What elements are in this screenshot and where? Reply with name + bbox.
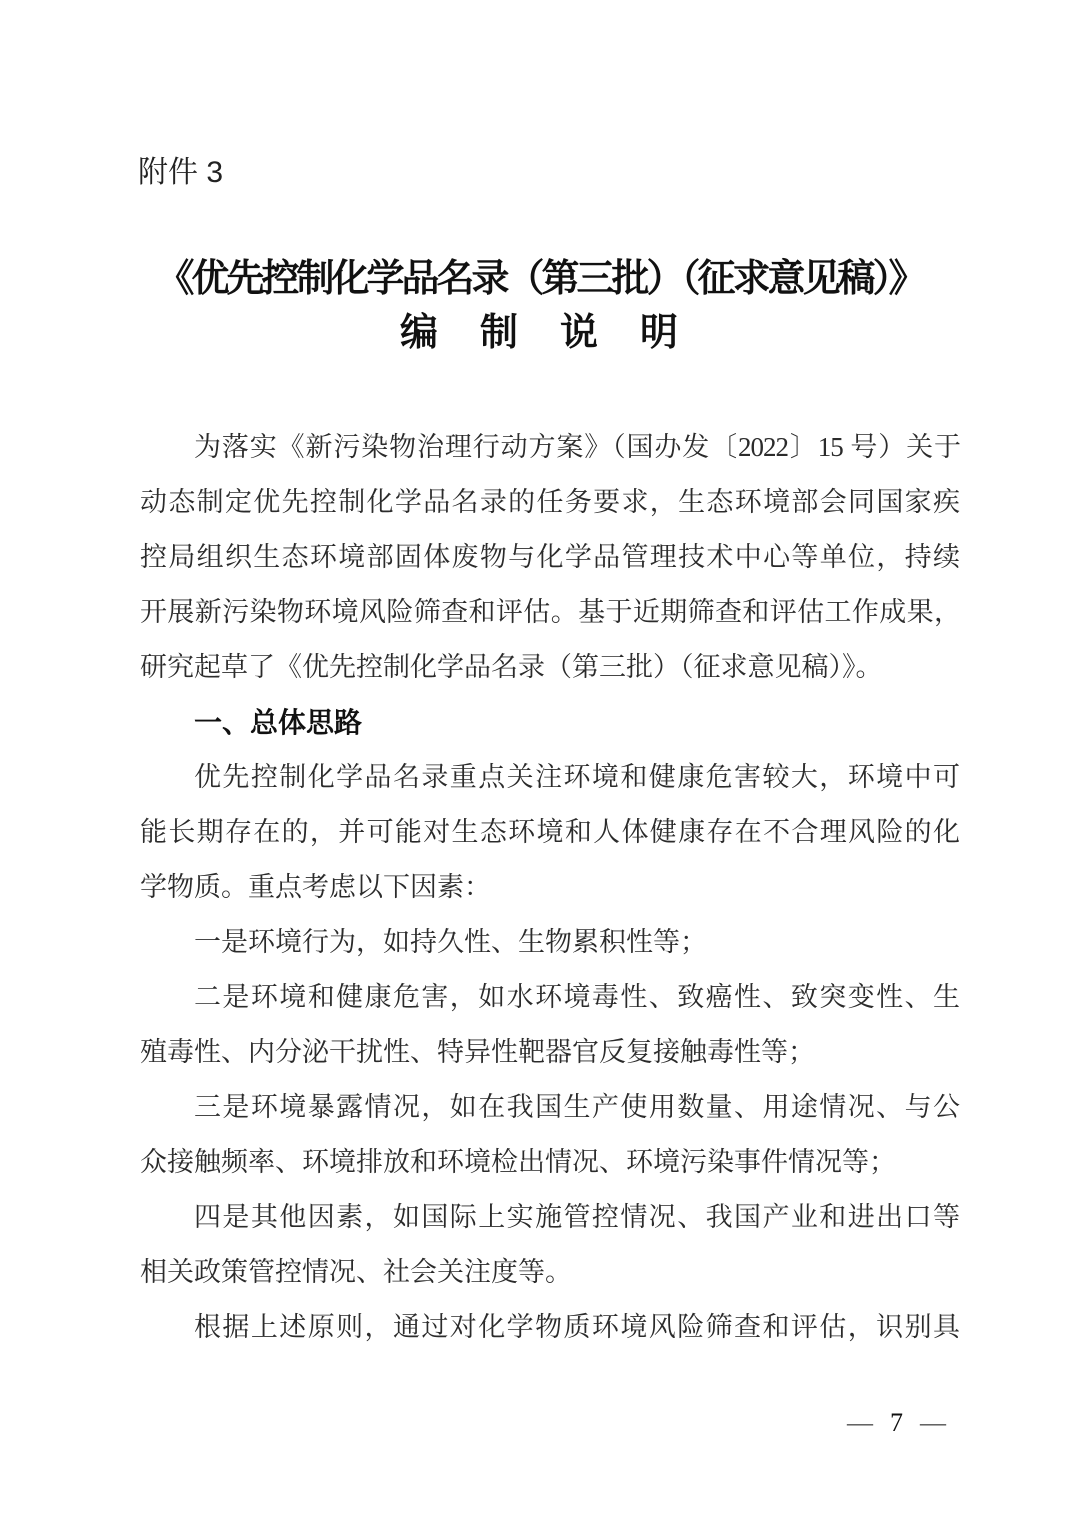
- paragraph-line: 根据上述原则，通过对化学物质环境风险筛查和评估，识别具: [140, 1300, 960, 1355]
- document-title-line2: 编 制 说 明: [0, 306, 1080, 360]
- paragraph-line: 众接触频率、环境排放和环境检出情况、环境污染事件情况等；: [140, 1135, 960, 1190]
- page-number: 7: [890, 1408, 903, 1438]
- section-heading: 一、总体思路: [140, 695, 960, 750]
- document-title: 《优先控制化学品名录（第三批）（征求意见稿）》 编 制 说 明: [0, 252, 1080, 360]
- paragraph-line: 优先控制化学品名录重点关注环境和健康危害较大，环境中可: [140, 750, 960, 805]
- paragraph-line: 一是环境行为，如持久性、生物累积性等；: [140, 915, 960, 970]
- footer-dash-left: —: [847, 1408, 873, 1438]
- paragraph-line: 四是其他因素，如国际上实施管控情况、我国产业和进出口等: [140, 1190, 960, 1245]
- paragraph-line: 为落实《新污染物治理行动方案》（国办发〔2022〕15 号）关于: [140, 420, 960, 475]
- document-page: 附件 3 《优先控制化学品名录（第三批）（征求意见稿）》 编 制 说 明 为落实…: [0, 0, 1080, 1526]
- paragraph-line: 三是环境暴露情况，如在我国生产使用数量、用途情况、与公: [140, 1080, 960, 1135]
- page-footer: — 7 —: [847, 1408, 946, 1438]
- paragraph-line: 二是环境和健康危害，如水环境毒性、致癌性、致突变性、生: [140, 970, 960, 1025]
- paragraph-line: 殖毒性、内分泌干扰性、特异性靶器官反复接触毒性等；: [140, 1025, 960, 1080]
- footer-dash-right: —: [920, 1408, 946, 1438]
- paragraph-line: 学物质。重点考虑以下因素：: [140, 860, 960, 915]
- paragraph-line: 相关政策管控情况、社会关注度等。: [140, 1245, 960, 1300]
- paragraph-line: 开展新污染物环境风险筛查和评估。基于近期筛查和评估工作成果，: [140, 585, 960, 640]
- paragraph-line: 研究起草了《优先控制化学品名录（第三批）（征求意见稿）》。: [140, 640, 960, 695]
- paragraph-line: 控局组织生态环境部固体废物与化学品管理技术中心等单位，持续: [140, 530, 960, 585]
- document-body: 为落实《新污染物治理行动方案》（国办发〔2022〕15 号）关于 动态制定优先控…: [140, 420, 960, 1355]
- document-title-line1: 《优先控制化学品名录（第三批）（征求意见稿）》: [0, 252, 1080, 306]
- paragraph-line: 能长期存在的，并可能对生态环境和人体健康存在不合理风险的化: [140, 805, 960, 860]
- paragraph-line: 动态制定优先控制化学品名录的任务要求，生态环境部会同国家疾: [140, 475, 960, 530]
- attachment-label: 附件 3: [138, 156, 223, 190]
